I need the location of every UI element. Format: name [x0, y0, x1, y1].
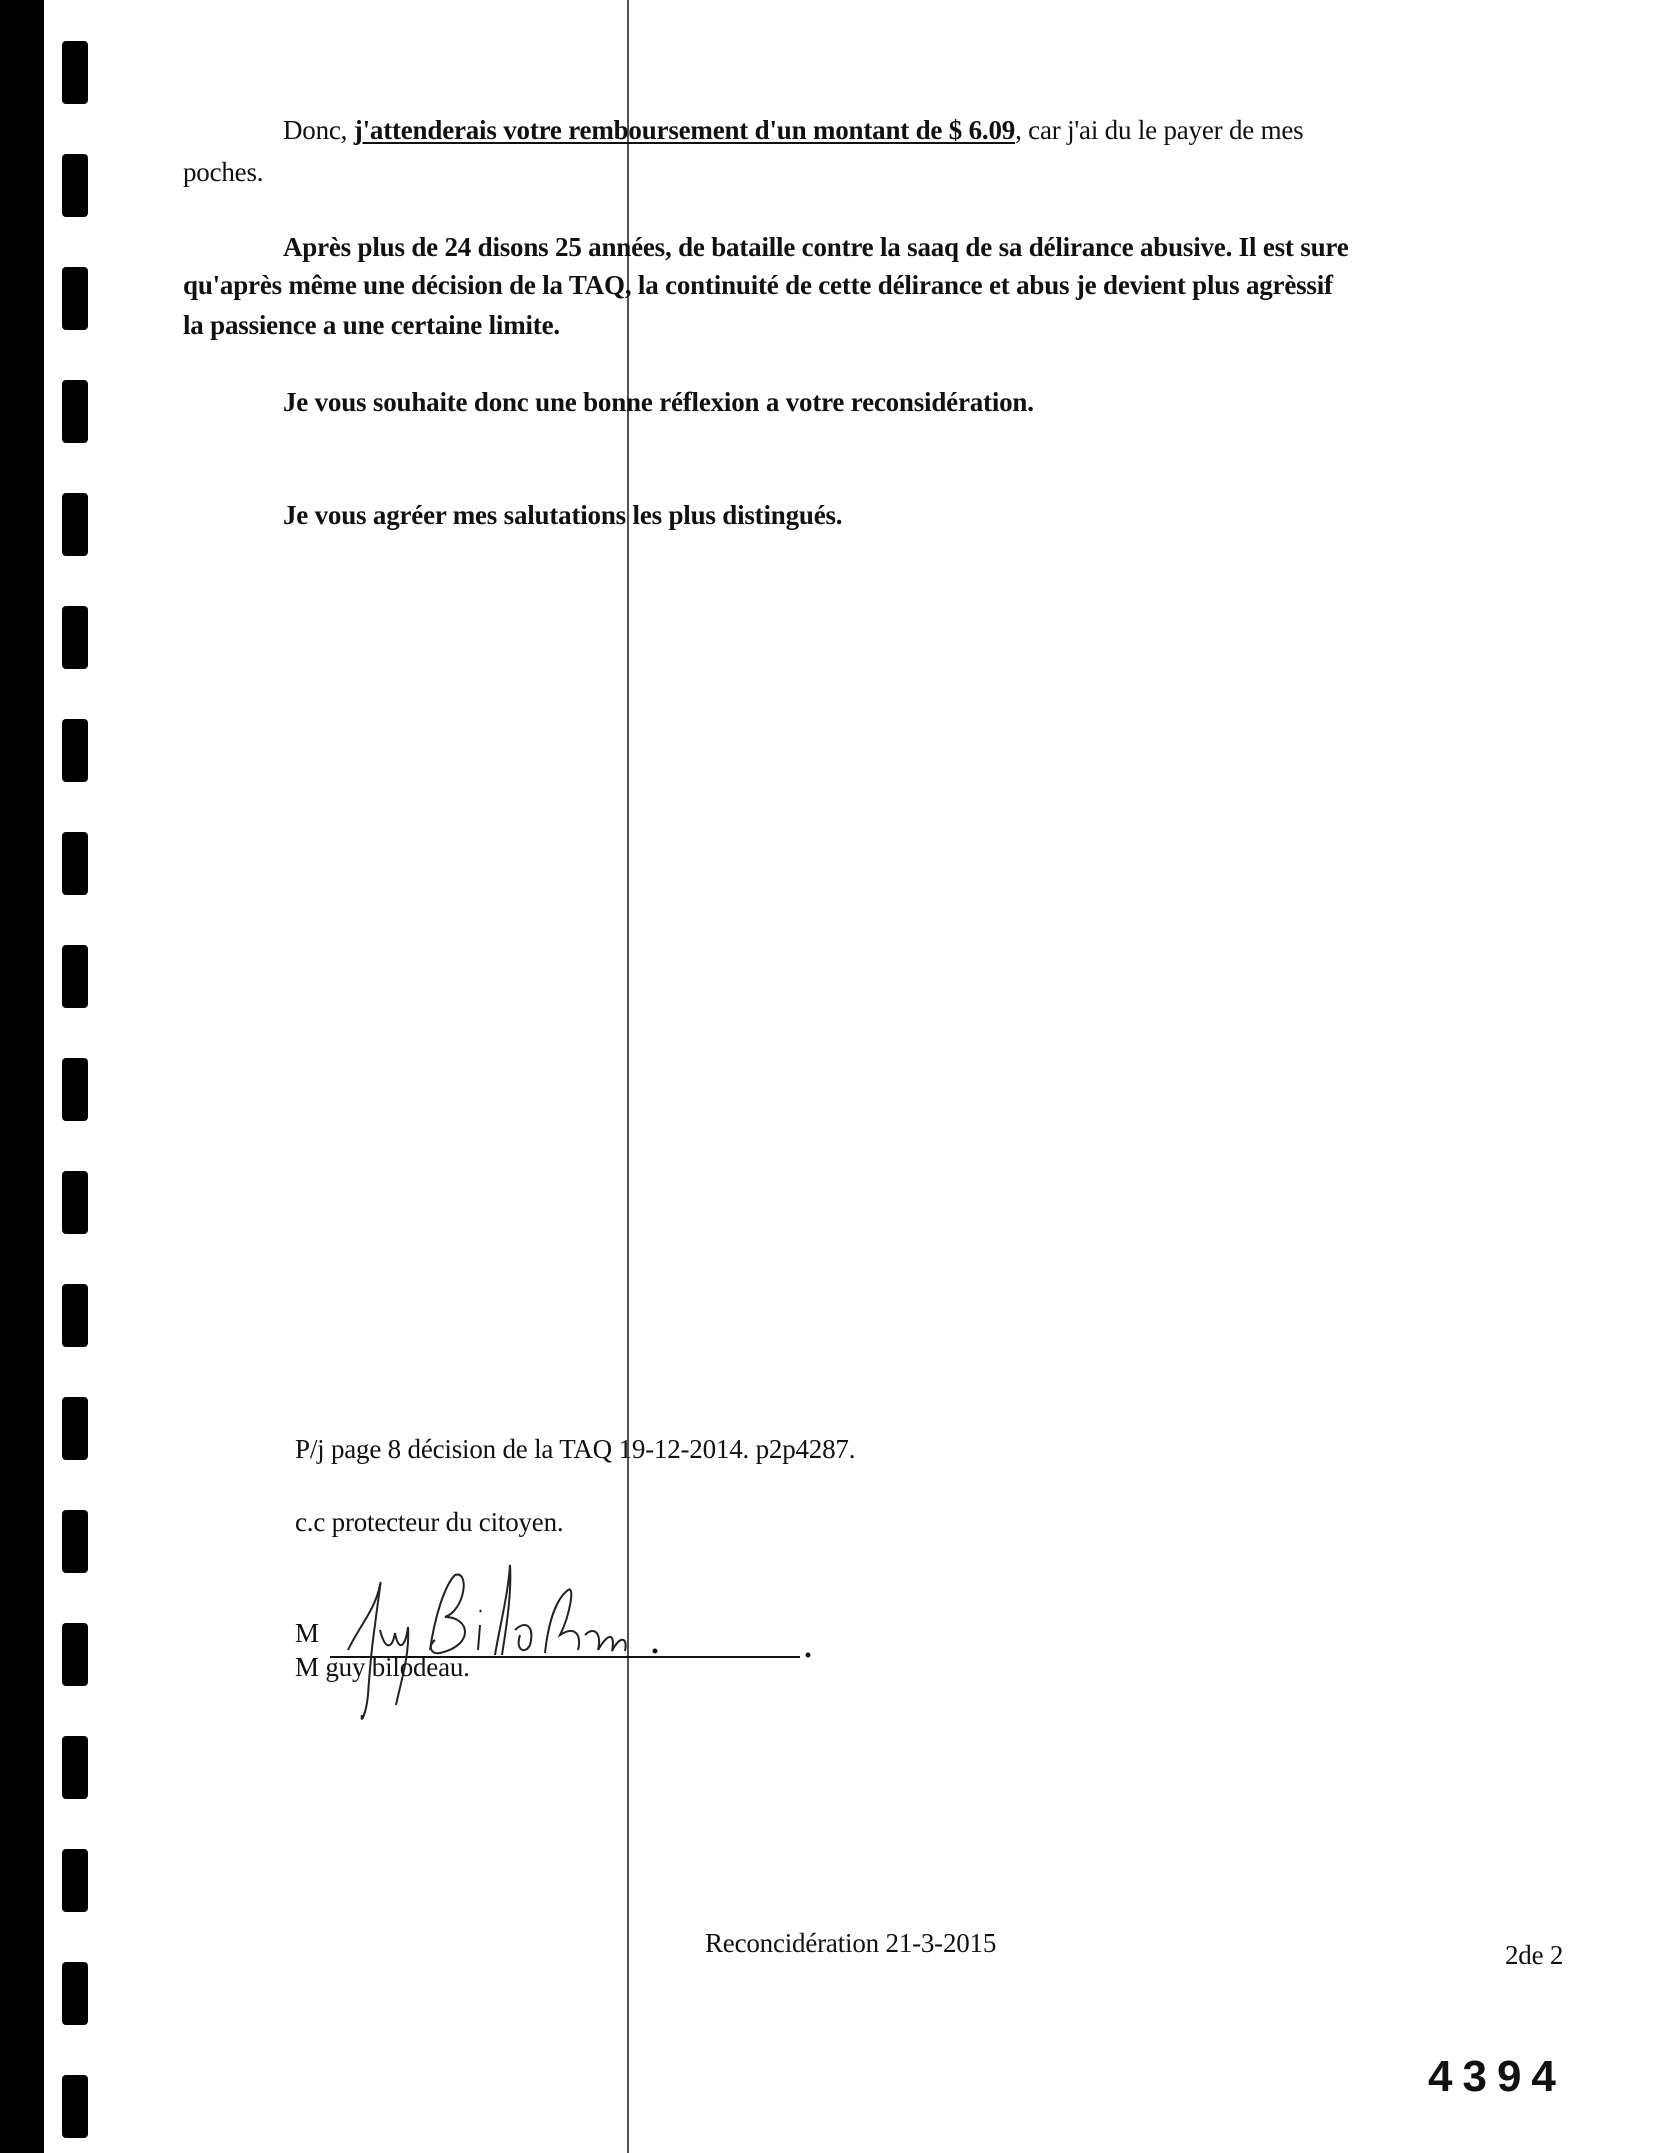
- para2-line1: Après plus de 24 disons 25 années, de ba…: [283, 232, 1348, 263]
- punch-hole: [62, 832, 88, 895]
- punch-hole: [62, 1397, 88, 1460]
- punch-hole: [62, 1736, 88, 1799]
- para1-line1: Donc, j'attenderais votre remboursement …: [283, 115, 1304, 146]
- punch-hole: [62, 606, 88, 669]
- punch-hole: [62, 719, 88, 782]
- punch-hole: [62, 1058, 88, 1121]
- punch-hole: [62, 154, 88, 217]
- fold-line: [627, 0, 629, 2153]
- punch-hole: [62, 1849, 88, 1912]
- para2-line3: la passience a une certaine limite.: [183, 310, 560, 341]
- footer-title: Reconcidération 21-3-2015: [705, 1928, 996, 1959]
- punch-hole: [62, 1510, 88, 1573]
- punch-hole: [62, 945, 88, 1008]
- punch-hole: [62, 41, 88, 104]
- para1-line2: poches.: [183, 157, 263, 188]
- punch-hole: [62, 1623, 88, 1686]
- punch-hole: [62, 1962, 88, 2025]
- signature-prefix: M: [295, 1618, 319, 1649]
- refund-amount-text: j'attenderais votre remboursement d'un m…: [354, 115, 1015, 145]
- page-number: 2de 2: [1505, 1940, 1563, 1971]
- cc-note: c.c protecteur du citoyen.: [295, 1507, 563, 1538]
- signer-name: M guy bilodeau.: [295, 1652, 470, 1683]
- para3: Je vous souhaite donc une bonne réflexio…: [283, 387, 1034, 418]
- punch-hole: [62, 380, 88, 443]
- punch-hole: [62, 1284, 88, 1347]
- para4-closing: Je vous agréer mes salutations les plus …: [283, 500, 842, 531]
- para2-line2: qu'après même une décision de la TAQ, la…: [183, 270, 1333, 301]
- punch-hole: [62, 267, 88, 330]
- para1-tail: , car j'ai du le payer de mes: [1015, 115, 1303, 145]
- para1-lead: Donc,: [283, 115, 354, 145]
- punch-hole: [62, 1171, 88, 1234]
- scan-edge-band: [0, 0, 44, 2153]
- punch-hole: [62, 493, 88, 556]
- handwritten-signature: [320, 1555, 840, 1730]
- attachment-note: P/j page 8 décision de la TAQ 19-12-2014…: [295, 1434, 855, 1465]
- stamp-number: 4394: [1428, 2052, 1566, 2102]
- punch-hole: [62, 2075, 88, 2138]
